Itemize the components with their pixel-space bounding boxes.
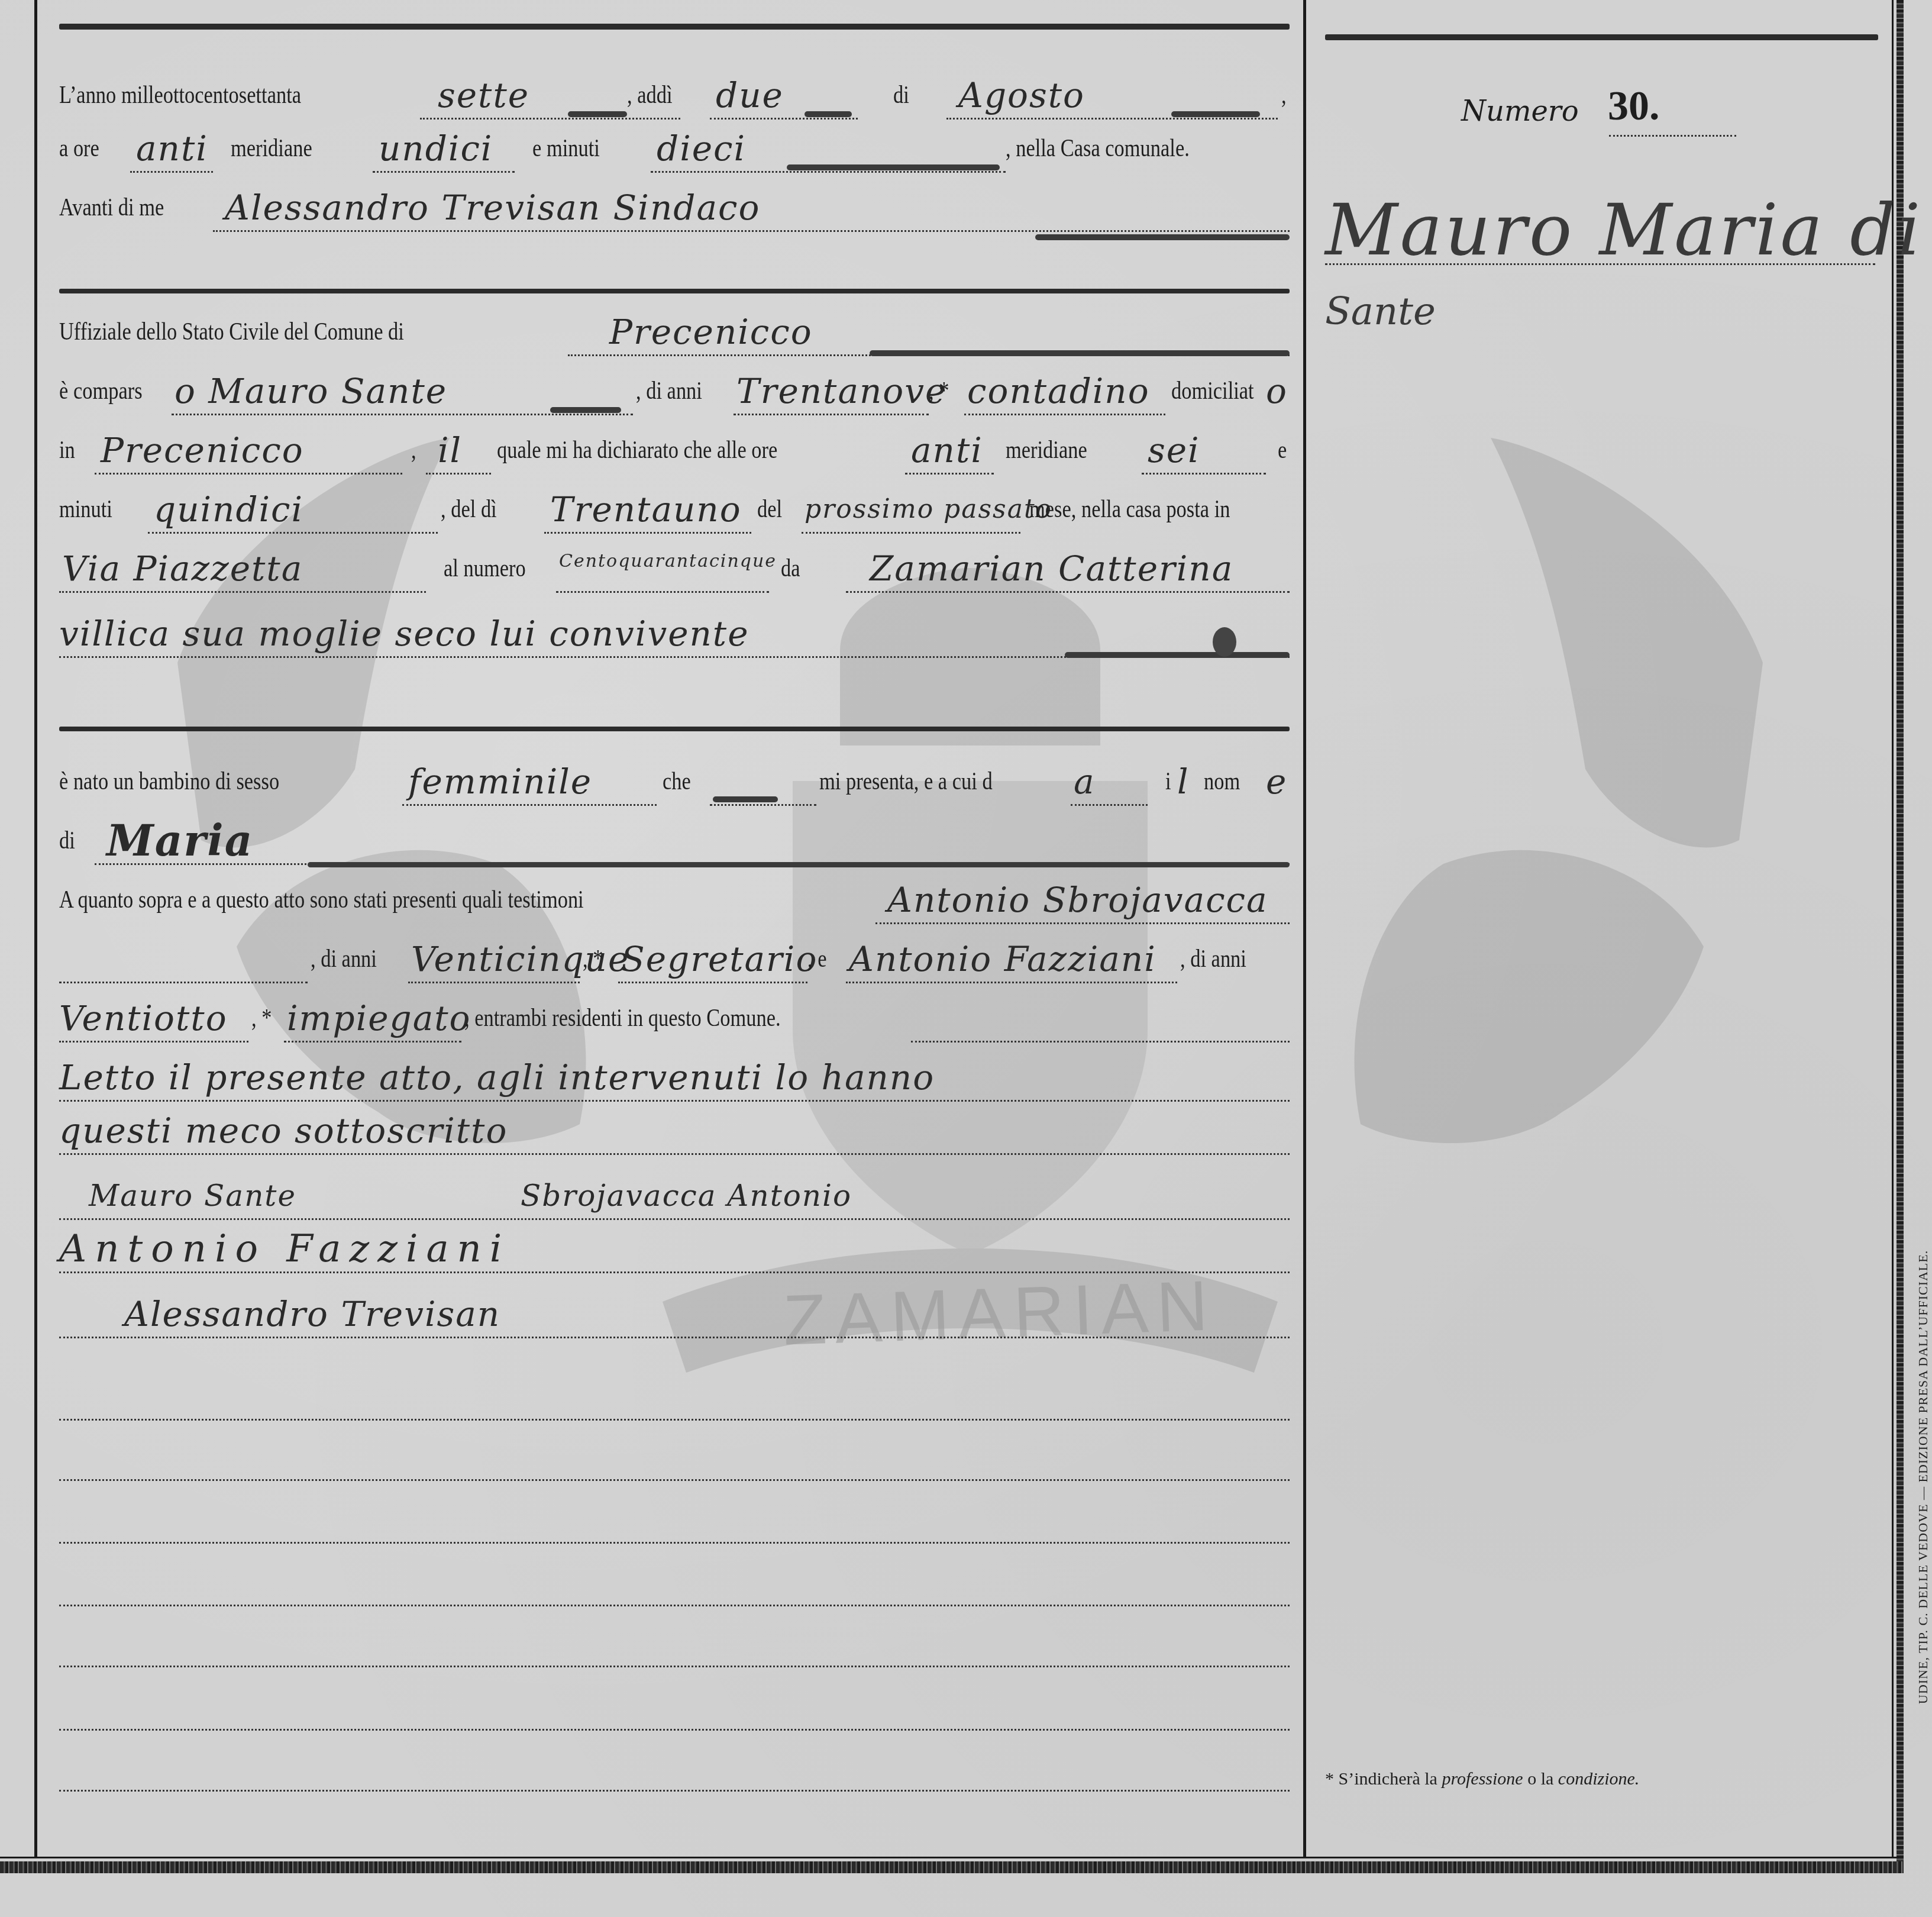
hw-comune: Precenicco [609,305,813,359]
top-rule-left [59,24,1290,30]
numero-label: Numero [1461,95,1579,128]
index-name: Mauro Maria di [1325,189,1923,272]
line-child-sex: è nato un bambino di sesso femminile che… [59,763,1290,816]
fill-stroke [870,350,1290,356]
hw-closing-2: questi meco sottoscritto [59,1104,508,1157]
label-dichiarato: quale mi ha dichiarato che alle ore [497,424,777,477]
asterisk: , * [929,364,949,418]
blank-line [59,1729,1290,1731]
signature-witness-1: Sbrojavacca Antonio [521,1169,852,1222]
label-e-minuti: e minuti [532,122,600,175]
line-address: Via Piazzetta al numero Centoquarantacin… [59,550,1290,603]
hw-witness-2: Antonio Fazziani [849,932,1156,986]
label-avanti-di-me: Avanti di me [59,181,164,234]
label-casa-comunale: , nella Casa comunale. [1006,122,1190,175]
hw-hour: undici [379,122,493,175]
hw-witness-2-profession: impiegato [287,992,471,1045]
blank-line [59,1542,1290,1544]
hw-ante: anti [136,122,208,175]
line-witness-2-details: Ventiotto , * impiegato , entrambi resid… [59,1000,1290,1053]
hw-e: e [1266,755,1287,808]
asterisk: , * [251,992,272,1045]
hw-declarant: o Mauro Sante [175,364,447,418]
label-di: di [893,69,909,122]
hw-street: Via Piazzetta [62,542,303,595]
index-name-father: Sante [1325,290,1436,334]
label-di-anni: , di anni [636,364,702,418]
signature-declarant: Mauro Sante [89,1169,296,1222]
comma: , [1281,69,1287,122]
label-in: in [59,424,75,477]
hw-mother-status: villica sua moglie seco lui convivente [59,607,749,660]
line-witness-details: , di anni Venticinque , * Segretario , e… [59,941,1290,994]
comma: , [411,424,416,477]
hw-year: sette [438,69,529,122]
line-officer: Avanti di me Alessandro Trevisan Sindaco [59,189,1290,243]
hw-profession: contadino [967,364,1150,418]
hw-witness-2-age: Ventiotto [59,992,228,1045]
footnote-condizione: condizione. [1558,1769,1639,1789]
label-meridiane: meridiane [231,122,312,175]
right-inner-border [1892,0,1894,1858]
hw-da: a [1074,755,1096,808]
hw-l: l [1177,755,1190,808]
line-mother-status: villica sua moglie seco lui convivente [59,615,1290,669]
signature-witness-2: Antonio Fazziani [59,1222,510,1276]
fill-stroke [1035,234,1290,240]
label-meridiane: meridiane [1006,424,1087,477]
line-residence: in Precenicco , il quale mi ha dichiarat… [59,432,1290,485]
hw-sex: femminile [408,755,592,808]
label-a-ore: a ore [59,122,99,175]
label-che: che [663,755,691,808]
label-comparso: è compars [59,364,143,418]
signature-officer: Alessandro Trevisan [124,1287,500,1341]
blank-line [59,1479,1290,1481]
label-testimoni: A quanto sopra e a questo atto sono stat… [59,873,584,927]
field-witness-1-cont [59,982,308,983]
fill-stroke [713,796,778,802]
hw-birth-hour: sei [1148,424,1200,477]
fill-stroke [308,862,1290,867]
hw-child-name: Maria [106,814,253,867]
hw-witness-1-profession: Segretario [621,932,818,986]
signature-row-3: Alessandro Trevisan [59,1296,1290,1349]
hw-mother-name: Zamarian Catterina [870,542,1233,595]
footnote-text: o la [1527,1769,1553,1789]
label-nato: è nato un bambino di sesso [59,755,279,808]
index-name-dotted-line [1325,263,1875,265]
field-blank [911,1041,1290,1043]
label-minuti: minuti [59,483,112,536]
label-anno: L’anno milleottocentosettanta [59,69,301,122]
label-di-anni: , di anni [1180,932,1246,986]
hw-ante-2: anti [911,424,983,477]
bottom-border [0,1861,1904,1873]
hw-house-number: Centoquarantacinque [559,535,777,588]
label-addi: , addì [627,69,673,122]
label-del: del [757,483,782,536]
blank-line [59,1666,1290,1667]
fill-stroke [1171,111,1260,117]
hw-residence: Precenicco [101,424,304,477]
top-rule-right [1325,34,1878,40]
field-house-number [556,591,769,593]
footnote-text: * S’indicherà la [1325,1769,1437,1789]
section-rule-1 [59,289,1290,293]
printer-imprint: UDINE, TIP. C. DELLE VEDOVE — EDIZIONE P… [1915,1250,1931,1704]
field-che [710,804,816,806]
label-uffiziale: Uffiziale dello Stato Civile del Comune … [59,305,404,359]
label-mese-casa: mese, nella casa posta in [1029,483,1230,536]
ink-blot [1213,627,1236,657]
fill-stroke [568,111,627,117]
line-closing-2: questi meco sottoscritto [59,1112,1290,1166]
label-e: , e [807,932,827,986]
fill-stroke [550,407,621,413]
footnote: * S’indicherà la professione o la condiz… [1325,1769,1639,1789]
line-child-name: di Maria [59,822,1290,876]
label-domiciliato: domiciliat [1171,364,1254,418]
blank-line [59,1419,1290,1421]
column-divider [1303,0,1306,1858]
footnote-professione: professione [1442,1769,1523,1789]
hw-day: due [716,69,784,122]
label-del-di: , del dì [441,483,497,536]
label-da: da [781,542,800,595]
label-di: di [59,814,75,867]
hw-birth-minutes: quindici [154,483,303,536]
right-outer-border [1897,0,1904,1864]
label-i: i [1165,755,1171,808]
asterisk: , * [583,932,603,986]
fill-stroke [787,164,1000,170]
bottom-rule [0,1857,1899,1858]
hw-closing-1: Letto il presente atto, agli intervenuti… [59,1051,935,1104]
hw-month-ref: prossimo passato [805,483,1052,536]
hw-minutes: dieci [657,122,746,175]
line-time: a ore anti meridiane undici e minuti die… [59,130,1290,183]
label-e: e [1278,424,1287,477]
left-border [34,0,37,1858]
label-al-numero: al numero [444,542,526,595]
fill-stroke [1065,652,1290,658]
numero-dotted-line [1609,135,1736,137]
line-witnesses: A quanto sopra e a questo atto sono stat… [59,882,1290,935]
hw-witness-1: Antonio Sbrojavacca [887,873,1268,927]
label-entrambi-residenti: , entrambi residenti in questo Comune. [464,992,781,1045]
hw-article: il [438,424,462,477]
fill-stroke [805,111,852,117]
hw-birth-day: Trentauno [550,483,742,536]
numero-value: 30. [1608,83,1660,130]
blank-line [59,1790,1290,1792]
hw-officer-name: Alessandro Trevisan Sindaco [225,181,760,234]
label-nom: nom [1204,755,1240,808]
hw-month: Agosto [958,69,1085,122]
line-comune: Uffiziale dello Stato Civile del Comune … [59,314,1290,367]
signature-row-2: Antonio Fazziani [59,1231,1290,1284]
blank-line [59,1605,1290,1606]
label-presenta: mi presenta, e a cui d [819,755,993,808]
hw-age: Trentanove [736,364,946,418]
hw-suffix: o [1266,364,1288,418]
section-rule-2 [59,727,1290,731]
line-declarant: è compars o Mauro Sante , di anni Trenta… [59,373,1290,426]
document-page: ZAMARIAN L’anno milleottocentosettanta s… [0,0,1932,1917]
label-di-anni: , di anni [311,932,377,986]
